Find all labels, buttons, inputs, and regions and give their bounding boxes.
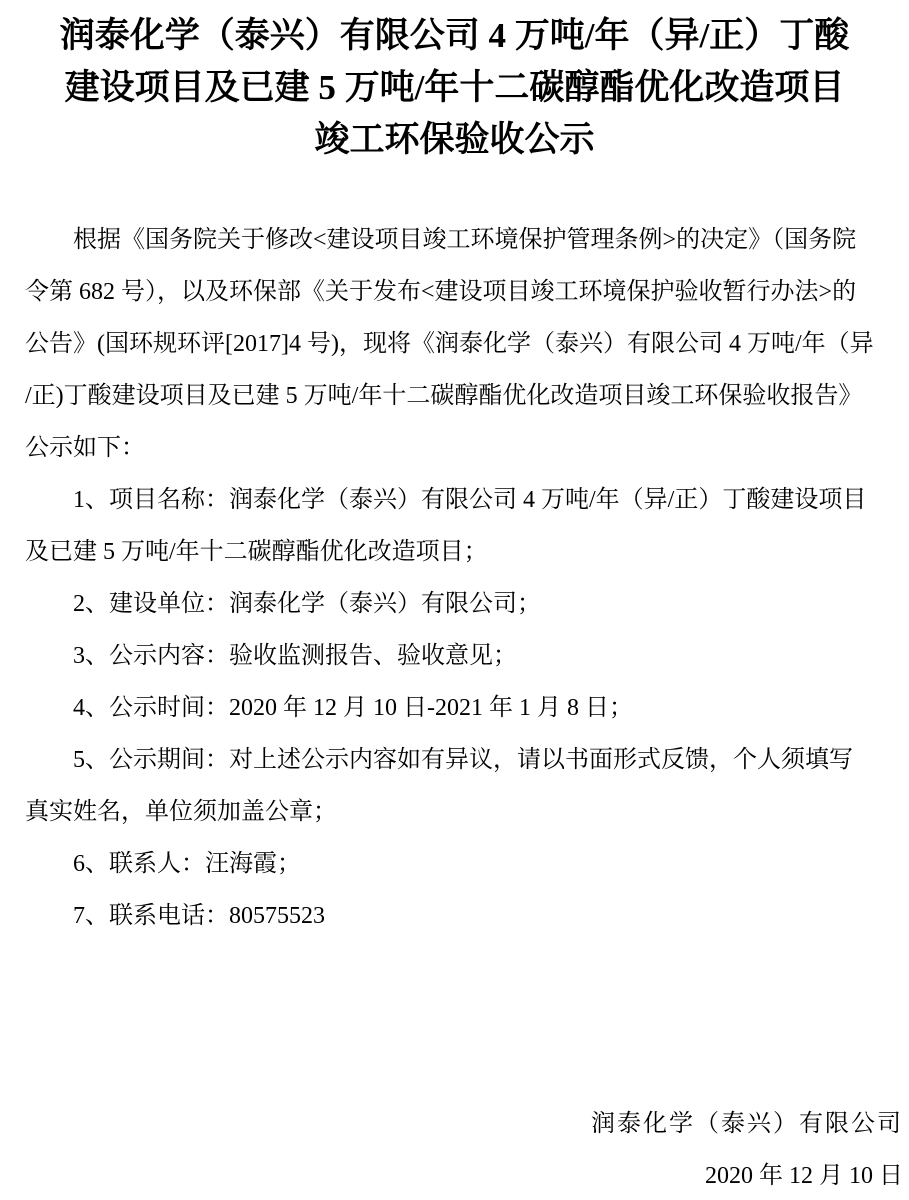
item-3-publicity-content: 3、公示内容：验收监测报告、验收意见； xyxy=(25,630,879,682)
item-1-project-name-line-2: 及已建 5 万吨/年十二碳醇酯优化改造项目； xyxy=(25,526,879,578)
item-6-contact-person: 6、联系人：汪海霞； xyxy=(25,838,879,890)
title-line-1: 润泰化学（泰兴）有限公司 4 万吨/年（异/正）丁酸 xyxy=(0,10,909,62)
notice-document: 润泰化学（泰兴）有限公司 4 万吨/年（异/正）丁酸 建设项目及已建 5 万吨/… xyxy=(0,0,909,1200)
item-7-contact-phone: 7、联系电话：80575523 xyxy=(25,890,879,942)
intro-line-3: 公告》(国环规环评[2017]4 号)，现将《润泰化学（泰兴）有限公司 4 万吨… xyxy=(25,318,879,370)
item-2-construction-unit: 2、建设单位：润泰化学（泰兴）有限公司； xyxy=(25,578,879,630)
item-4-publicity-period: 4、公示时间：2020 年 12 月 10 日-2021 年 1 月 8 日； xyxy=(25,682,879,734)
item-1-project-name-line-1: 1、项目名称：润泰化学（泰兴）有限公司 4 万吨/年（异/正）丁酸建设项目 xyxy=(25,474,879,526)
intro-line-2: 令第 682 号），以及环保部《关于发布<建设项目竣工环境保护验收暂行办法>的 xyxy=(25,266,879,318)
notice-title: 润泰化学（泰兴）有限公司 4 万吨/年（异/正）丁酸 建设项目及已建 5 万吨/… xyxy=(0,0,909,166)
notice-footer: 润泰化学（泰兴）有限公司 2020 年 12 月 10 日 xyxy=(0,1098,909,1200)
signature-date: 2020 年 12 月 10 日 xyxy=(0,1150,903,1200)
notice-body: 根据《国务院关于修改<建设项目竣工环境保护管理条例>的决定》（国务院 令第 68… xyxy=(0,214,909,942)
intro-line-1: 根据《国务院关于修改<建设项目竣工环境保护管理条例>的决定》（国务院 xyxy=(25,214,879,266)
title-line-2: 建设项目及已建 5 万吨/年十二碳醇酯优化改造项目 xyxy=(0,62,909,114)
item-5-feedback-line-2: 真实姓名，单位须加盖公章； xyxy=(25,786,879,838)
item-5-feedback-line-1: 5、公示期间：对上述公示内容如有异议，请以书面形式反馈，个人须填写 xyxy=(25,734,879,786)
title-line-3: 竣工环保验收公示 xyxy=(0,114,909,166)
intro-line-4: /正)丁酸建设项目及已建 5 万吨/年十二碳醇酯优化改造项目竣工环保验收报告》 xyxy=(25,370,879,422)
intro-line-5: 公示如下： xyxy=(25,422,879,474)
signature-company: 润泰化学（泰兴）有限公司 xyxy=(0,1098,903,1150)
